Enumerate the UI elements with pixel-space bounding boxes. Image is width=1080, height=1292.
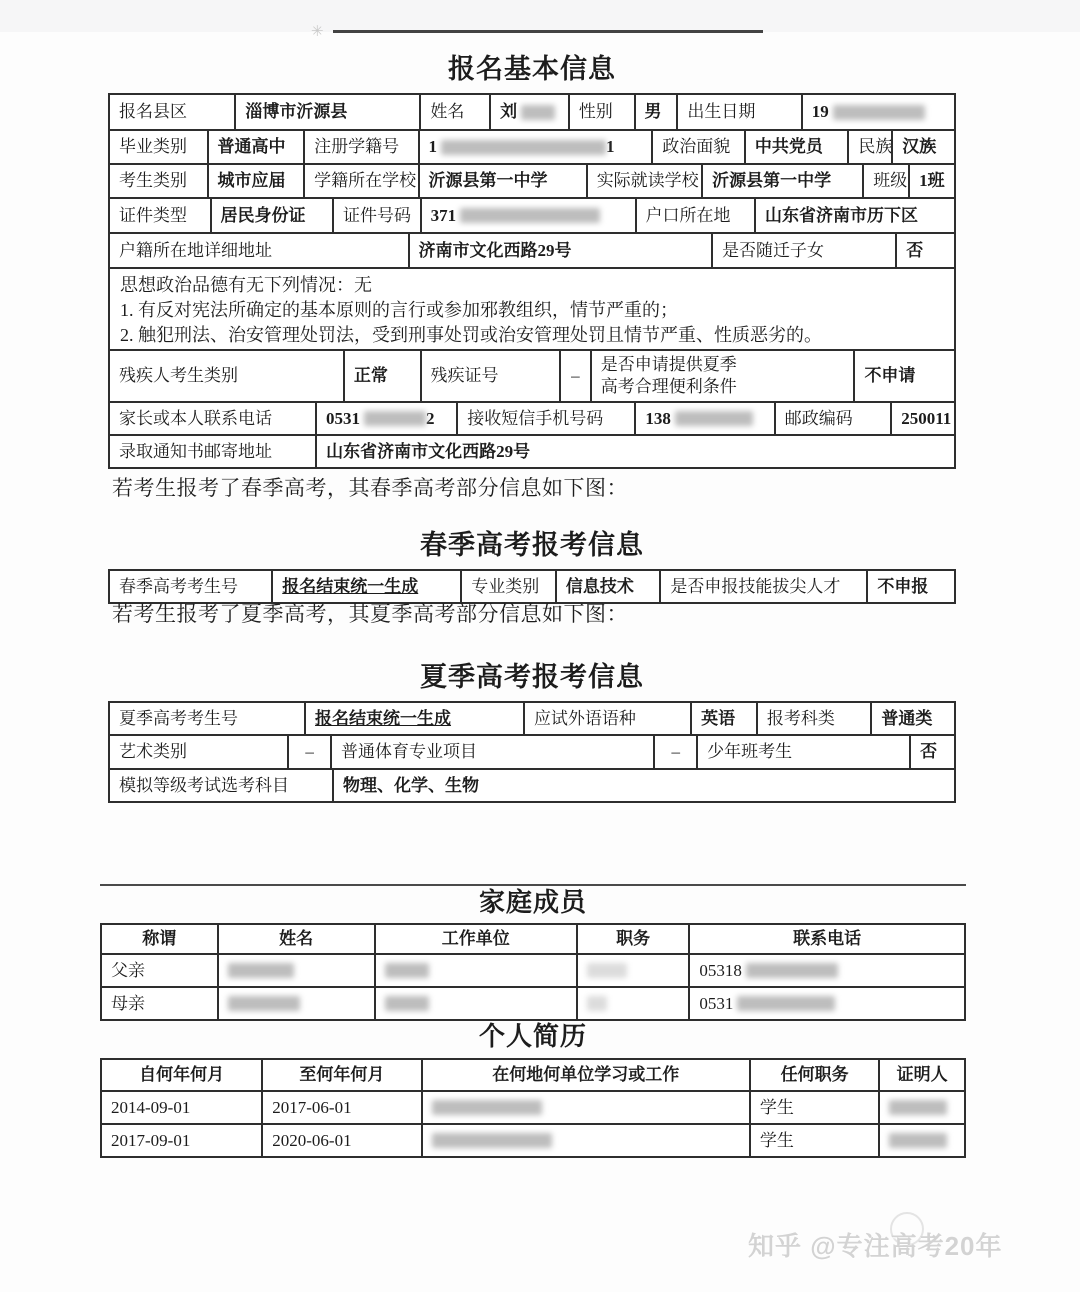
phone-prefix: 0531	[699, 993, 733, 1014]
id-number-prefix: 371	[431, 205, 457, 226]
summer-intro-text: 若考生报考了夏季高考，其夏季高考部分信息如下图：	[112, 598, 628, 628]
field-label: 接收短信手机号码	[456, 403, 634, 434]
field-value: 否	[895, 234, 954, 267]
field-label: 政治面貌	[651, 131, 744, 163]
field-value: 不申报	[866, 571, 954, 602]
table-row: 2017-09-01 2020-06-01 学生	[102, 1123, 964, 1156]
field-value: 11	[418, 131, 652, 163]
workplace-cell	[374, 988, 576, 1019]
political-morality-note: 思想政治品德有无下列情况：无 1. 有反对宪法所确定的基本原则的言行或参加邪教组…	[110, 269, 954, 349]
field-value: 山东省济南市文化西路29号	[315, 436, 954, 467]
field-value: –	[653, 736, 696, 768]
note-line: 思想政治品德有无下列情况：无	[120, 273, 944, 298]
field-label: 残疾人考生类别	[110, 351, 343, 401]
field-value: 英语	[690, 703, 756, 734]
duty-cell	[576, 955, 689, 986]
column-header: 联系电话	[688, 925, 964, 953]
note-line: 2. 触犯刑法、治安管理处罚法，受到刑事处罚或治安管理处罚且情节严重、性质恶劣的…	[120, 323, 944, 348]
column-header: 自何年何月	[102, 1060, 261, 1090]
field-value: 371	[420, 199, 635, 232]
name-cell	[217, 955, 374, 986]
phone-prefix: 05318	[699, 960, 742, 981]
spring-section: 春季高考报考信息 春季高考考生号 报名结束统一生成 专业类别 信息技术 是否申报…	[108, 528, 956, 604]
field-label: 家长或本人联系电话	[110, 403, 315, 434]
table-header-row: 自何年何月 至何年何月 在何地何单位学习或工作 任何职务 证明人	[102, 1060, 964, 1090]
field-value: 普通高中	[207, 131, 304, 163]
table-row: 家长或本人联系电话 05312 接收短信手机号码 138 邮政编码 250011	[110, 401, 954, 434]
redacted-blur	[228, 963, 294, 978]
top-divider-line	[333, 30, 763, 33]
field-value: 物理、化学、生物	[332, 770, 954, 801]
field-label: 夏季高考考生号	[110, 703, 304, 734]
field-value: 不申请	[853, 351, 954, 401]
spring-title: 春季高考报考信息	[108, 528, 956, 562]
column-header: 证明人	[878, 1060, 964, 1090]
resume-section: 个人简历 自何年何月 至何年何月 在何地何单位学习或工作 任何职务 证明人 20…	[100, 1020, 966, 1158]
field-value: 淄博市沂源县	[234, 95, 419, 129]
field-value: 居民身份证	[210, 199, 332, 232]
field-label: 户口所在地	[635, 199, 754, 232]
table-row: 2014-09-01 2017-06-01 学生	[102, 1090, 964, 1123]
table-row: 夏季高考考生号 报名结束统一生成 应试外语语种 英语 报考科类 普通类	[110, 703, 954, 734]
column-header: 在何地何单位学习或工作	[421, 1060, 749, 1090]
redacted-blur	[441, 140, 606, 155]
redacted-blur	[675, 411, 753, 426]
field-value: 城市应届	[207, 165, 304, 197]
redacted-blur	[521, 105, 555, 120]
name-prefix: 刘	[500, 101, 517, 122]
redacted-blur	[228, 996, 300, 1011]
field-value: 报名结束统一生成	[304, 703, 523, 734]
redacted-blur	[587, 963, 627, 978]
field-label: 考生类别	[110, 165, 207, 197]
table-row: 户籍所在地详细地址 济南市文化西路29号 是否随迁子女 否	[110, 232, 954, 267]
table-row: 思想政治品德有无下列情况：无 1. 有反对宪法所确定的基本原则的言行或参加邪教组…	[110, 267, 954, 349]
column-header: 姓名	[217, 925, 374, 953]
phone-prefix: 0531	[326, 408, 360, 429]
duty-cell	[576, 988, 689, 1019]
field-value: 1班	[908, 165, 954, 197]
basic-info-title: 报名基本信息	[108, 52, 956, 86]
witness-cell	[878, 1092, 964, 1123]
redacted-blur	[364, 411, 426, 426]
relation-cell: 父亲	[102, 955, 217, 986]
redacted-blur	[889, 1100, 947, 1115]
table-row: 毕业类别 普通高中 注册学籍号 11 政治面貌 中共党员 民族 汉族	[110, 129, 954, 163]
student-id-prefix: 1	[429, 136, 438, 157]
field-value: 男	[634, 95, 677, 129]
field-value: 沂源县第一中学	[701, 165, 862, 197]
field-value: 汉族	[891, 131, 954, 163]
duty-cell: 学生	[749, 1092, 878, 1123]
table-row: 模拟等级考试选考科目 物理、化学、生物	[110, 768, 954, 801]
field-label: 注册学籍号	[303, 131, 417, 163]
field-label: 是否申报技能拔尖人才	[659, 571, 866, 602]
family-section: 家庭成员 称谓 姓名 工作单位 职务 联系电话 父亲 05318 母亲 0531	[100, 886, 966, 1021]
birthdate-prefix: 19	[812, 101, 829, 122]
column-header: 至何年何月	[261, 1060, 420, 1090]
resume-title: 个人简历	[100, 1020, 966, 1054]
table-row: 残疾人考生类别 正常 残疾证号 – 是否申请提供夏季 高考合理便利条件 不申请	[110, 349, 954, 401]
field-value: 19	[801, 95, 954, 129]
date-to-cell: 2020-06-01	[261, 1125, 420, 1156]
field-label: 残疾证号	[420, 351, 559, 401]
field-value: 138	[634, 403, 773, 434]
table-row: 考生类别 城市应届 学籍所在学校 沂源县第一中学 实际就读学校 沂源县第一中学 …	[110, 163, 954, 197]
date-from-cell: 2014-09-01	[102, 1092, 261, 1123]
phone-cell: 05318	[688, 955, 964, 986]
redacted-blur	[385, 996, 429, 1011]
summer-title: 夏季高考报考信息	[108, 660, 956, 694]
redacted-blur	[460, 208, 600, 223]
field-label: 性别	[568, 95, 634, 129]
workplace-cell	[374, 955, 576, 986]
note-line: 1. 有反对宪法所确定的基本原则的言行或参加邪教组织，情节严重的；	[120, 298, 944, 323]
field-value: 05312	[315, 403, 456, 434]
duty-cell: 学生	[749, 1125, 878, 1156]
column-header: 任何职务	[749, 1060, 878, 1090]
field-label: 出生日期	[676, 95, 800, 129]
witness-cell	[878, 1125, 964, 1156]
date-to-cell: 2017-06-01	[261, 1092, 420, 1123]
field-label: 毕业类别	[110, 131, 207, 163]
field-label: 艺术类别	[110, 736, 287, 768]
summer-table: 夏季高考考生号 报名结束统一生成 应试外语语种 英语 报考科类 普通类 艺术类别…	[108, 701, 956, 803]
study-place-cell	[421, 1092, 749, 1123]
field-value: 刘	[489, 95, 568, 129]
redacted-blur	[432, 1133, 552, 1148]
field-label: 应试外语语种	[523, 703, 690, 734]
field-label: 报考科类	[756, 703, 870, 734]
family-table: 称谓 姓名 工作单位 职务 联系电话 父亲 05318 母亲 0531	[100, 923, 966, 1021]
field-label: 证件号码	[332, 199, 420, 232]
field-value: –	[559, 351, 590, 401]
mobile-prefix: 138	[645, 408, 671, 429]
phone-cell: 0531	[688, 988, 964, 1019]
table-header-row: 称谓 姓名 工作单位 职务 联系电话	[102, 925, 964, 953]
column-header: 称谓	[102, 925, 217, 953]
table-row: 报名县区 淄博市沂源县 姓名 刘 性别 男 出生日期 19	[110, 95, 954, 129]
top-background-band	[0, 0, 1080, 32]
field-label: 模拟等级考试选考科目	[110, 770, 332, 801]
summer-section: 夏季高考报考信息 夏季高考考生号 报名结束统一生成 应试外语语种 英语 报考科类…	[108, 660, 956, 803]
table-row: 父亲 05318	[102, 953, 964, 986]
table-row: 艺术类别 – 普通体育专业项目 – 少年班考生 否	[110, 734, 954, 768]
field-label: 少年班考生	[696, 736, 909, 768]
field-label: 普通体育专业项目	[330, 736, 653, 768]
column-header: 职务	[576, 925, 689, 953]
label-line: 高考合理便利条件	[601, 376, 737, 398]
student-id-suffix: 1	[606, 136, 615, 157]
family-title: 家庭成员	[100, 886, 966, 920]
field-value: 正常	[343, 351, 420, 401]
redacted-blur	[432, 1100, 542, 1115]
field-value: 山东省济南市历下区	[754, 199, 954, 232]
table-row: 录取通知书邮寄地址 山东省济南市文化西路29号	[110, 434, 954, 467]
redacted-blur	[587, 996, 607, 1011]
field-value: –	[287, 736, 330, 768]
field-label: 报名县区	[110, 95, 234, 129]
field-value: 否	[909, 736, 954, 768]
field-value: 沂源县第一中学	[418, 165, 586, 197]
redacted-blur	[833, 105, 925, 120]
label-line: 是否申请提供夏季	[601, 354, 737, 376]
field-label: 班级	[862, 165, 908, 197]
phone-suffix: 2	[426, 408, 435, 429]
date-from-cell: 2017-09-01	[102, 1125, 261, 1156]
basic-info-table: 报名县区 淄博市沂源县 姓名 刘 性别 男 出生日期 19 毕业类别 普通高中 …	[108, 93, 956, 469]
zhihu-watermark: 知乎 @专注高考20年	[748, 1226, 1003, 1263]
redacted-blur	[737, 996, 835, 1011]
field-label: 是否申请提供夏季 高考合理便利条件	[590, 351, 854, 401]
redacted-blur	[889, 1133, 947, 1148]
field-label: 邮政编码	[774, 403, 890, 434]
sparkle-icon: ✳	[311, 22, 324, 41]
redacted-blur	[746, 963, 838, 978]
redacted-blur	[385, 963, 429, 978]
field-label: 姓名	[419, 95, 489, 129]
spring-intro-text: 若考生报考了春季高考，其春季高考部分信息如下图：	[112, 472, 628, 502]
resume-table: 自何年何月 至何年何月 在何地何单位学习或工作 任何职务 证明人 2014-09…	[100, 1058, 966, 1158]
table-row: 母亲 0531	[102, 986, 964, 1019]
field-label: 民族	[847, 131, 891, 163]
name-cell	[217, 988, 374, 1019]
field-label: 实际就读学校	[586, 165, 701, 197]
field-label: 户籍所在地详细地址	[110, 234, 408, 267]
field-label: 是否随迁子女	[711, 234, 895, 267]
field-value: 济南市文化西路29号	[408, 234, 712, 267]
field-label: 证件类型	[110, 199, 210, 232]
basic-info-section: 报名基本信息 报名县区 淄博市沂源县 姓名 刘 性别 男 出生日期 19 毕业类…	[108, 52, 956, 469]
study-place-cell	[421, 1125, 749, 1156]
table-row: 证件类型 居民身份证 证件号码 371 户口所在地 山东省济南市历下区	[110, 197, 954, 232]
field-label: 录取通知书邮寄地址	[110, 436, 315, 467]
field-value: 普通类	[870, 703, 954, 734]
field-value: 中共党员	[744, 131, 848, 163]
field-label: 学籍所在学校	[303, 165, 417, 197]
field-value: 250011	[890, 403, 954, 434]
column-header: 工作单位	[374, 925, 576, 953]
relation-cell: 母亲	[102, 988, 217, 1019]
